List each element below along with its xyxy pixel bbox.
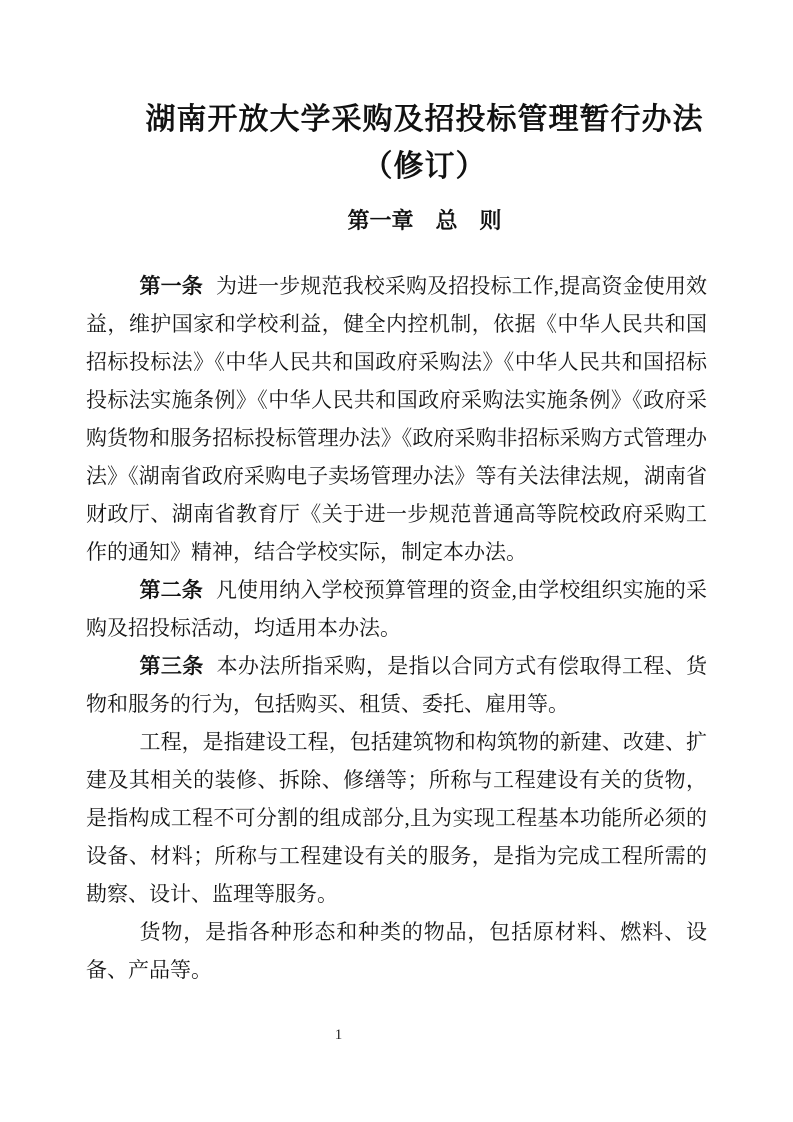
- paragraph-4-text: 工程，是指建设工程，包括建筑物和构筑物的新建、改建、扩建及其相关的装修、拆除、修…: [86, 730, 707, 906]
- document-body: 第一条为进一步规范我校采购及招投标工作,提高资金使用效益，维护国家和学校利益，健…: [86, 267, 707, 989]
- paragraph-goods-definition: 货物，是指各种形态和种类的物品，包括原材料、燃料、设备、产品等。: [86, 913, 707, 989]
- document-title-line2: （修订）: [114, 143, 735, 190]
- document-title-line1: 湖南开放大学采购及招投标管理暂行办法: [114, 96, 735, 143]
- article-1-text: 为进一步规范我校采购及招投标工作,提高资金使用效益，维护国家和学校利益，健全内控…: [86, 274, 707, 564]
- paragraph-5-text: 货物，是指各种形态和种类的物品，包括原材料、燃料、设备、产品等。: [86, 920, 707, 982]
- article-3-number: 第三条: [140, 654, 204, 678]
- paragraph-article-1: 第一条为进一步规范我校采购及招投标工作,提高资金使用效益，维护国家和学校利益，健…: [86, 267, 707, 571]
- paragraph-engineering-definition: 工程，是指建设工程，包括建筑物和构筑物的新建、改建、扩建及其相关的装修、拆除、修…: [86, 723, 707, 913]
- page-number: 1: [28, 1027, 649, 1044]
- chapter-heading: 第一章 总 则: [114, 206, 735, 236]
- paragraph-article-2: 第二条凡使用纳入学校预算管理的资金,由学校组织实施的采购及招投标活动，均适用本办…: [86, 571, 707, 647]
- article-1-number: 第一条: [140, 274, 203, 298]
- document-page: 湖南开放大学采购及招投标管理暂行办法 （修订） 第一章 总 则 第一条为进一步规…: [0, 0, 793, 1122]
- article-2-number: 第二条: [140, 578, 203, 602]
- paragraph-article-3: 第三条本办法所指采购，是指以合同方式有偿取得工程、货物和服务的行为，包括购买、租…: [86, 647, 707, 723]
